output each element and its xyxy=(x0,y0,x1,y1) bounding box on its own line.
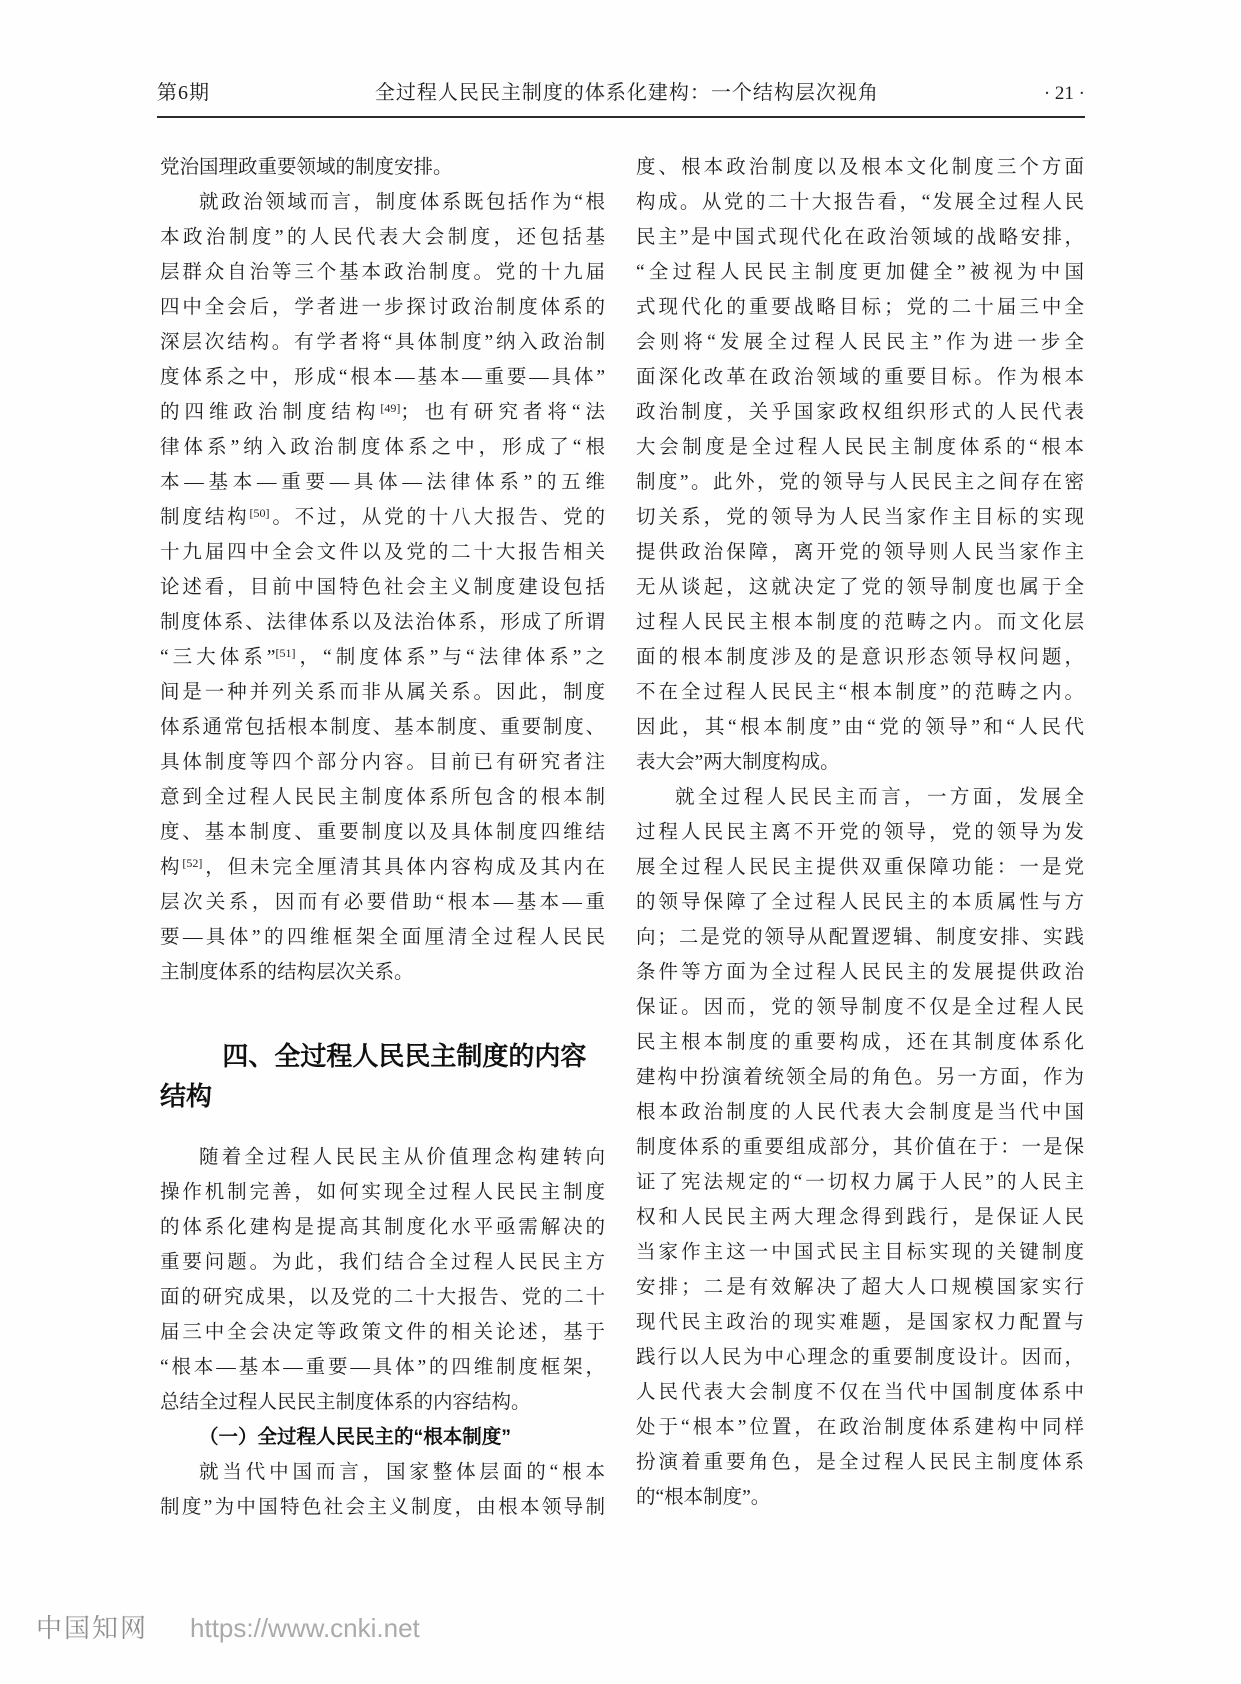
text-line: 制度体系、法律体系以及法治体系，形成了所谓 xyxy=(160,605,605,640)
footnote-ref: [50] xyxy=(249,506,269,520)
paragraph: 就全过程人民民主而言，一方面，发展全过程人民民主离不开党的领导，党的领导为发展全… xyxy=(636,780,1084,1515)
text-line: 本—基本—重要—具体—法律体系”的五维 xyxy=(160,465,605,500)
paragraph: 就当代中国而言，国家整体层面的“根本制度”为中国特色社会主义制度，由根本领导制 xyxy=(160,1455,605,1525)
text-line: 制度”。此外，党的领导与人民民主之间存在密 xyxy=(636,465,1084,500)
text-line: 就当代中国而言，国家整体层面的“根本 xyxy=(160,1455,605,1490)
running-title: 全过程人民民主制度的体系化建构：一个结构层次视角 xyxy=(210,76,1044,105)
text-line: 大会制度是全过程人民民主制度体系的“根本 xyxy=(636,430,1084,465)
text-line: 层次关系，因而有必要借助“根本—基本—重 xyxy=(160,885,605,920)
text-line: 制度结构[50]。不过，从党的十八大报告、党的 xyxy=(160,500,605,535)
cnki-url: https://www.cnki.net xyxy=(190,1613,420,1644)
text-line: 构成。从党的二十大报告看，“发展全过程人民 xyxy=(636,185,1084,220)
text-line: 扮演着重要角色，是全过程人民民主制度体系 xyxy=(636,1445,1084,1480)
text-line: 政治制度，关乎国家政权组织形式的人民代表 xyxy=(636,395,1084,430)
text-line: 随着全过程人民民主从价值理念构建转向 xyxy=(160,1140,605,1175)
text-line: 面深化改革在政治领域的重要目标。作为根本 xyxy=(636,360,1084,395)
footnote-ref: [49] xyxy=(380,401,400,415)
text-line: 的“根本制度”。 xyxy=(636,1480,1084,1515)
paragraph: 党治国理政重要领域的制度安排。 xyxy=(160,150,605,185)
text-line: 党治国理政重要领域的制度安排。 xyxy=(160,150,605,185)
paragraph: 就政治领域而言，制度体系既包括作为“根本政治制度”的人民代表大会制度，还包括基层… xyxy=(160,185,605,990)
text-line: 不在全过程人民民主“根本制度”的范畴之内。 xyxy=(636,675,1084,710)
text-line: 就全过程人民民主而言，一方面，发展全 xyxy=(636,780,1084,815)
text-line: 制度”为中国特色社会主义制度，由根本领导制 xyxy=(160,1490,605,1525)
text-line: “全过程人民民主制度更加健全”被视为中国 xyxy=(636,255,1084,290)
text-line: 制度体系的重要组成部分，其价值在于：一是保 xyxy=(636,1130,1084,1165)
scanned-paper-page: 第6期 全过程人民民主制度的体系化建构：一个结构层次视角 · 21 · 党治国理… xyxy=(0,0,1241,1684)
text-line: 会则将“发展全过程人民民主”作为进一步全 xyxy=(636,325,1084,360)
text-line: 处于“根本”位置，在政治制度体系建构中同样 xyxy=(636,1410,1084,1445)
text-line: 建构中扮演着统领全局的角色。另一方面，作为 xyxy=(636,1060,1084,1095)
footnote-ref: [51] xyxy=(275,646,295,660)
text-line: 的四维政治制度结构[49]；也有研究者将“法 xyxy=(160,395,605,430)
page-number: · 21 · xyxy=(1044,83,1085,105)
text-line: “三大体系”[51]，“制度体系”与“法律体系”之 xyxy=(160,640,605,675)
text-line: 就政治领域而言，制度体系既包括作为“根 xyxy=(160,185,605,220)
footnote-ref: [52] xyxy=(182,856,202,870)
text-line: 民主根本制度的重要构成，还在其制度体系化 xyxy=(636,1025,1084,1060)
text-line: 现代民主政治的现实难题，是国家权力配置与 xyxy=(636,1305,1084,1340)
text-line: 展全过程人民民主提供双重保障功能：一是党 xyxy=(636,850,1084,885)
issue-label: 第6期 xyxy=(157,76,210,105)
text-line: 主制度体系的结构层次关系。 xyxy=(160,955,605,990)
text-line: 结构 xyxy=(160,1076,605,1116)
text-line: 重要问题。为此，我们结合全过程人民民主方 xyxy=(160,1245,605,1280)
text-line: 式现代化的重要战略目标；党的二十届三中全 xyxy=(636,290,1084,325)
cnki-watermark: 中国知网 https://www.cnki.net xyxy=(36,1608,420,1645)
text-line: 具体制度等四个部分内容。目前已有研究者注 xyxy=(160,745,605,780)
text-line: 当家作主这一中国式民主目标实现的关键制度 xyxy=(636,1235,1084,1270)
text-line: 度体系之中，形成“根本—基本—重要—具体” xyxy=(160,360,605,395)
text-line: 四、全过程人民民主制度的内容 xyxy=(160,1036,605,1076)
text-line: 保证。因而，党的领导制度不仅是全过程人民 xyxy=(636,990,1084,1025)
text-line: 操作机制完善，如何实现全过程人民民主制度 xyxy=(160,1175,605,1210)
paragraph: 随着全过程人民民主从价值理念构建转向操作机制完善，如何实现全过程人民民主制度的体… xyxy=(160,1140,605,1420)
text-line: 论述看，目前中国特色社会主义制度建设包括 xyxy=(160,570,605,605)
text-line: 向；二是党的领导从配置逻辑、制度安排、实践 xyxy=(636,920,1084,955)
text-line: 届三中全会决定等政策文件的相关论述，基于 xyxy=(160,1315,605,1350)
paragraph: 度、根本政治制度以及根本文化制度三个方面构成。从党的二十大报告看，“发展全过程人… xyxy=(636,150,1084,780)
text-line: 度、基本制度、重要制度以及具体制度四维结 xyxy=(160,815,605,850)
text-line: 十九届四中全会文件以及党的二十大报告相关 xyxy=(160,535,605,570)
text-line: 本政治制度”的人民代表大会制度，还包括基 xyxy=(160,220,605,255)
text-line: 总结全过程人民民主制度体系的内容结构。 xyxy=(160,1385,605,1420)
text-line: 面的研究成果，以及党的二十大报告、党的二十 xyxy=(160,1280,605,1315)
text-line: 意到全过程人民民主制度体系所包含的根本制 xyxy=(160,780,605,815)
text-line: “根本—基本—重要—具体”的四维制度框架， xyxy=(160,1350,605,1385)
text-line: 因此，其“根本制度”由“党的领导”和“人民代 xyxy=(636,710,1084,745)
text-line: 层群众自治等三个基本政治制度。党的十九届 xyxy=(160,255,605,290)
text-line: 要—具体”的四维框架全面厘清全过程人民民 xyxy=(160,920,605,955)
text-line: 的体系化建构是提高其制度化水平亟需解决的 xyxy=(160,1210,605,1245)
column-right: 度、根本政治制度以及根本文化制度三个方面构成。从党的二十大报告看，“发展全过程人… xyxy=(636,150,1084,1515)
text-line: 过程人民民主根本制度的范畴之内。而文化层 xyxy=(636,605,1084,640)
sub-heading: （一）全过程人民民主的“根本制度” xyxy=(160,1420,605,1455)
text-line: 根本政治制度的人民代表大会制度是当代中国 xyxy=(636,1095,1084,1130)
text-line: 切关系，党的领导为人民当家作主目标的实现 xyxy=(636,500,1084,535)
text-line: 权和人民民主两大理念得到践行，是保证人民 xyxy=(636,1200,1084,1235)
text-line: 证了宪法规定的“一切权力属于人民”的人民主 xyxy=(636,1165,1084,1200)
text-line: 体系通常包括根本制度、基本制度、重要制度、 xyxy=(160,710,605,745)
text-line: 践行以人民为中心理念的重要制度设计。因而， xyxy=(636,1340,1084,1375)
column-left: 党治国理政重要领域的制度安排。就政治领域而言，制度体系既包括作为“根本政治制度”… xyxy=(160,150,605,1525)
text-line: 表大会”两大制度构成。 xyxy=(636,745,1084,780)
text-line: 四中全会后，学者进一步探讨政治制度体系的 xyxy=(160,290,605,325)
text-line: 安排；二是有效解决了超大人口规模国家实行 xyxy=(636,1270,1084,1305)
text-line: 间是一种并列关系而非从属关系。因此，制度 xyxy=(160,675,605,710)
text-line: 人民代表大会制度不仅在当代中国制度体系中 xyxy=(636,1375,1084,1410)
text-line: 的领导保障了全过程人民民主的本质属性与方 xyxy=(636,885,1084,920)
section-heading: 四、全过程人民民主制度的内容结构 xyxy=(160,1036,605,1116)
page-header: 第6期 全过程人民民主制度的体系化建构：一个结构层次视角 · 21 · xyxy=(157,76,1085,118)
text-line: 条件等方面为全过程人民民主的发展提供政治 xyxy=(636,955,1084,990)
text-line: 构[52]，但未完全厘清其具体内容构成及其内在 xyxy=(160,850,605,885)
text-line: 律体系”纳入政治制度体系之中，形成了“根 xyxy=(160,430,605,465)
text-line: 过程人民民主离不开党的领导，党的领导为发 xyxy=(636,815,1084,850)
text-line: 提供政治保障，离开党的领导则人民当家作主 xyxy=(636,535,1084,570)
text-line: 无从谈起，这就决定了党的领导制度也属于全 xyxy=(636,570,1084,605)
text-line: 面的根本制度涉及的是意识形态领导权问题， xyxy=(636,640,1084,675)
cnki-site-label: 中国知网 xyxy=(36,1608,148,1645)
text-line: 度、根本政治制度以及根本文化制度三个方面 xyxy=(636,150,1084,185)
text-line: （一）全过程人民民主的“根本制度” xyxy=(160,1420,605,1455)
text-line: 深层次结构。有学者将“具体制度”纳入政治制 xyxy=(160,325,605,360)
text-line: 民主”是中国式现代化在政治领域的战略安排， xyxy=(636,220,1084,255)
